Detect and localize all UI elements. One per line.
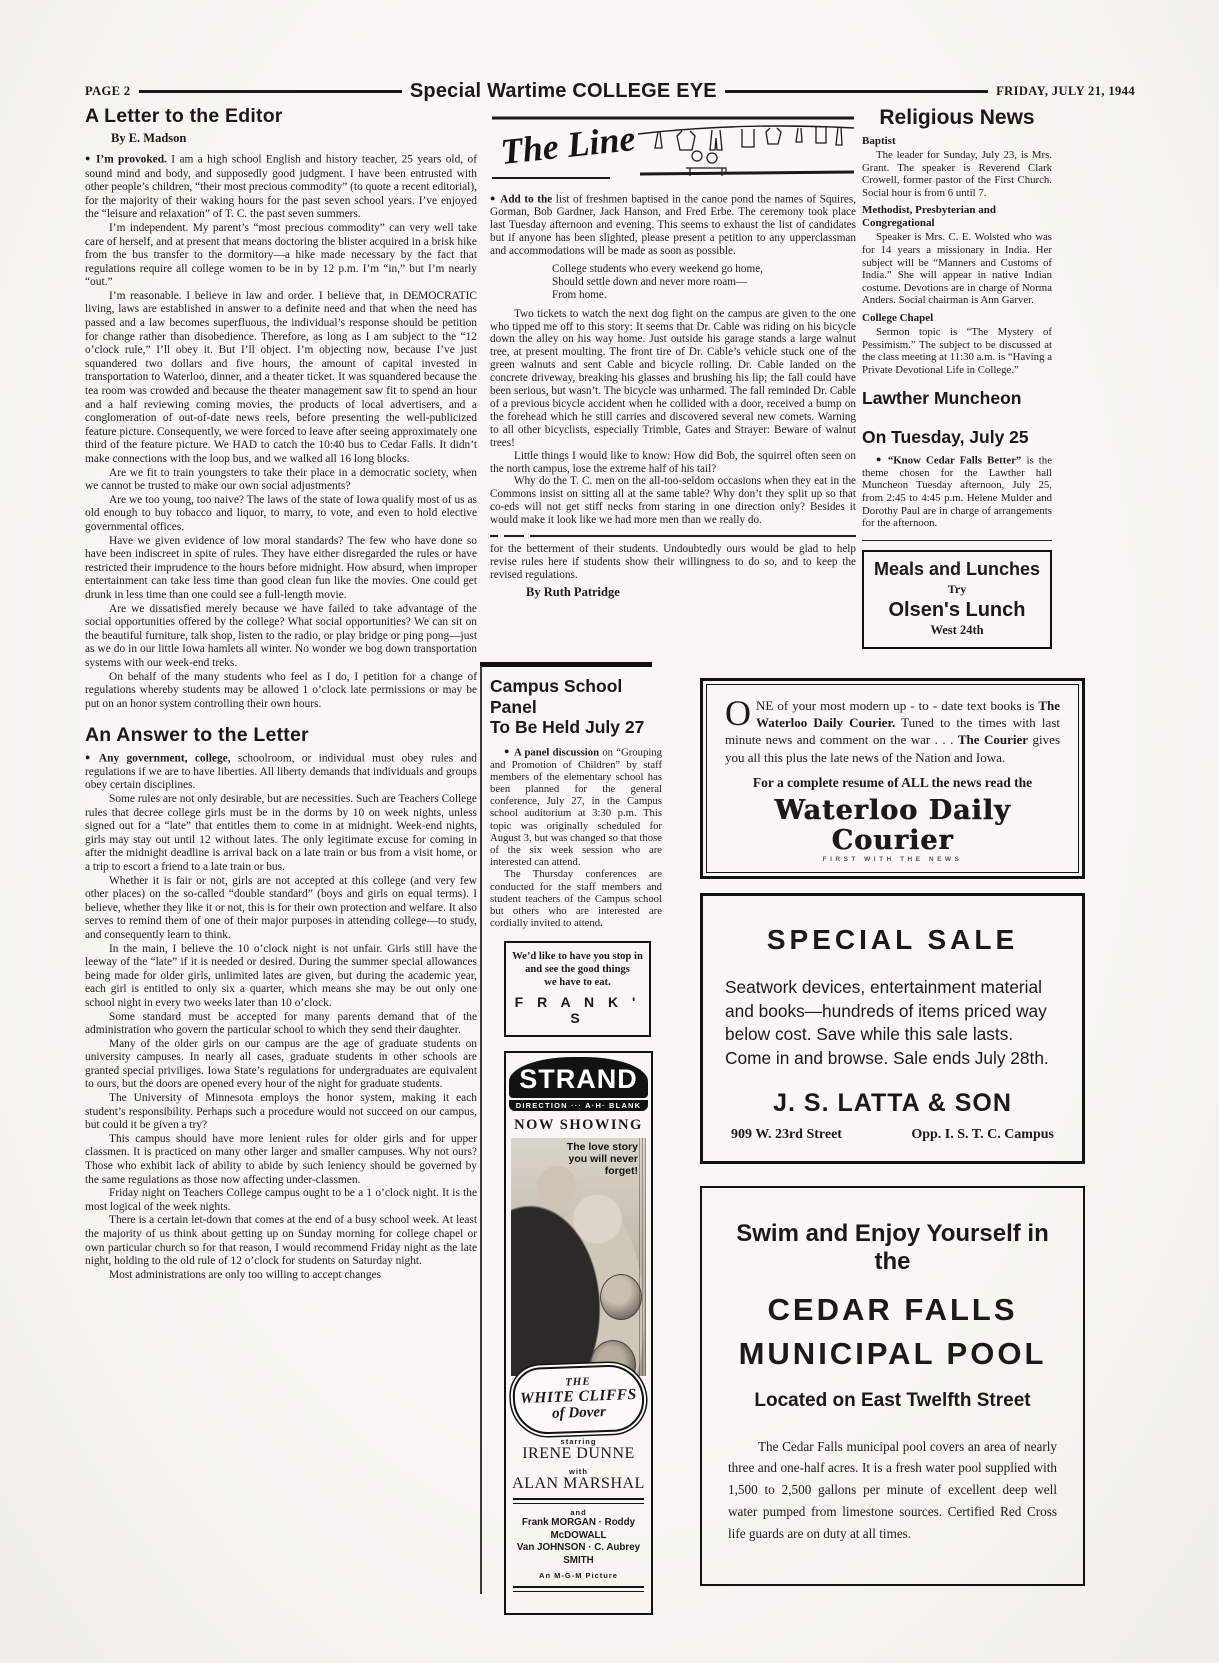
- strand-logo: STRAND: [509, 1057, 648, 1098]
- article-answer-title: An Answer to the Letter: [85, 725, 477, 746]
- article-byline: By Ruth Patridge: [526, 585, 856, 600]
- courier-ad-inner: ONE of your most modern up - to - date t…: [706, 684, 1079, 873]
- column-campus-panel: Campus School Panel To Be Held July 27 ●…: [490, 676, 662, 1615]
- campus-panel-title: Campus School Panel: [490, 676, 662, 717]
- pool-location: Located on East Twelfth Street: [728, 1390, 1057, 1412]
- verse-line: College students who every weekend go ho…: [552, 263, 856, 276]
- the-line-illustration: The Line: [490, 112, 856, 184]
- bullet-icon: ●: [490, 193, 496, 203]
- star-name: ALAN MARSHAL: [509, 1476, 648, 1493]
- movie-still-photo: The love story you will never forget!: [511, 1138, 646, 1376]
- continuation-paragraph: for the betterment of their students. Un…: [490, 543, 856, 582]
- paragraph: Most administrations are only too willin…: [85, 1269, 477, 1283]
- lead-phrase: “Know Cedar Falls Better”: [888, 454, 1021, 466]
- courier-ad-body: ONE of your most modern up - to - date t…: [725, 697, 1060, 766]
- header-rule-right: [725, 90, 988, 92]
- paragraph: ●Add to the list of freshmen baptised in…: [490, 192, 856, 258]
- lead-text: on “Grouping and Promotion of Children” …: [490, 746, 662, 868]
- thick-rule: [480, 662, 652, 667]
- lead-phrase: Add to the: [500, 194, 552, 206]
- bullet-icon: ●: [85, 153, 92, 163]
- decorative-stripes: [639, 1138, 646, 1376]
- latta-address-row: 909 W. 23rd Street Opp. I. S. T. C. Camp…: [725, 1127, 1060, 1143]
- franks-ad-text: We’d like to have you stop in: [511, 950, 644, 963]
- paragraph: Whether it is fair or not, girls are not…: [85, 875, 477, 943]
- page-number: PAGE 2: [85, 84, 131, 99]
- paragraph: Are we too young, too naive? The laws of…: [85, 494, 477, 535]
- waterloo-courier-ad: ONE of your most modern up - to - date t…: [700, 678, 1085, 879]
- latta-company-name: J. S. LATTA & SON: [725, 1089, 1060, 1118]
- pool-ad-kicker: Swim and Enjoy Yourself in the: [728, 1220, 1057, 1276]
- star-name: IRENE DUNNE: [509, 1446, 648, 1463]
- latta-campus-note: Opp. I. S. T. C. Campus: [911, 1127, 1054, 1143]
- latta-street-address: 909 W. 23rd Street: [731, 1127, 842, 1143]
- paragraph: The Thursday conferences are conducted f…: [490, 868, 662, 929]
- masthead-title: Special Wartime COLLEGE EYE: [410, 80, 717, 103]
- courier-bold: The Courier: [958, 732, 1028, 747]
- paragraph: Why do the T. C. men on the all-too-seld…: [490, 475, 856, 527]
- religious-news-title: Religious News: [862, 106, 1052, 130]
- paragraph: On behalf of the many students who feel …: [85, 671, 477, 712]
- studio-credit: An M-G-M Picture: [509, 1571, 648, 1580]
- movie-title-cloud: THE WHITE CLIFFS of Dover: [512, 1364, 645, 1435]
- bullet-icon: ●: [876, 454, 884, 464]
- column-the-line: The Line ●Add to the list of freshmen ba…: [490, 112, 856, 600]
- special-sale-title: SPECIAL SALE: [725, 924, 1060, 956]
- newspaper-page: PAGE 2 Special Wartime COLLEGE EYE FRIDA…: [0, 0, 1219, 1663]
- paragraph: I’m reasonable. I believe in law and ord…: [85, 290, 477, 467]
- bullet-icon: ●: [85, 752, 95, 762]
- latta-special-sale-ad: SPECIAL SALE Seatwork devices, entertain…: [700, 893, 1085, 1163]
- paragraph: ●“Know Cedar Falls Better” is the theme …: [862, 453, 1052, 530]
- movie-tagline: The love story you will never forget!: [560, 1141, 638, 1177]
- initial-cap-o: O: [725, 697, 756, 728]
- franks-ad: We’d like to have you stop in and see th…: [504, 941, 651, 1037]
- strand-direction-line: DIRECTION ··· A·H· BLANK: [509, 1100, 648, 1111]
- ads-column: ONE of your most modern up - to - date t…: [700, 678, 1085, 1586]
- paragraph: ●A panel discussion on “Grouping and Pro…: [490, 745, 662, 869]
- olsens-lunch-ad: Meals and Lunches Try Olsen's Lunch West…: [862, 550, 1052, 649]
- now-showing-label: NOW SHOWING: [509, 1117, 648, 1134]
- olsens-try-label: Try: [868, 582, 1046, 597]
- verse-line: Should settle down and never more roam—: [552, 276, 856, 289]
- cast-line: Van JOHNSON · C. Aubrey SMITH: [509, 1542, 648, 1567]
- franks-ad-name: F R A N K ' S: [511, 994, 644, 1026]
- special-sale-body: Seatwork devices, entertainment material…: [725, 976, 1060, 1070]
- article-letter-to-editor: A Letter to the Editor By E. Madson ●I’m…: [85, 106, 477, 1282]
- olsens-ad-title: Meals and Lunches: [868, 559, 1046, 580]
- paragraph: Some standard must be accepted for many …: [85, 1011, 477, 1038]
- paragraph: I’m independent. My parent’s “most preci…: [85, 222, 477, 290]
- paragraph: Many of the older girls on our campus ar…: [85, 1038, 477, 1092]
- paragraph: Friday night on Teachers College campus …: [85, 1187, 477, 1214]
- page-header: PAGE 2 Special Wartime COLLEGE EYE FRIDA…: [85, 80, 1135, 103]
- courier-logo: Waterloo Daily Courier: [725, 796, 1060, 855]
- paragraph: Two tickets to watch the next dog fight …: [490, 308, 856, 450]
- courier-text: NE of your most modern up - to - date te…: [756, 698, 1038, 713]
- courier-tagline: FIRST WITH THE NEWS: [725, 856, 1060, 863]
- pool-name-line1: CEDAR FALLS: [728, 1292, 1057, 1328]
- paragraph: The University of Minnesota employs the …: [85, 1092, 477, 1133]
- issue-date: FRIDAY, JULY 21, 1944: [996, 84, 1135, 99]
- lead-phrase: A panel discussion: [514, 746, 599, 758]
- double-rule: [513, 1586, 644, 1592]
- bullet-icon: ●: [504, 746, 510, 756]
- pool-name-line2: MUNICIPAL POOL: [728, 1336, 1057, 1372]
- lead-phrase: Any government, college,: [99, 752, 231, 764]
- column-rule: [480, 666, 482, 1594]
- and-label: and: [509, 1508, 648, 1517]
- paragraph: In the main, I believe the 10 o’clock ni…: [85, 943, 477, 1011]
- the-line-title: The Line: [499, 118, 637, 172]
- paragraph: Little things I would like to know: How …: [490, 450, 856, 476]
- article-byline: By E. Madson: [111, 131, 477, 146]
- strand-theater-ad: STRAND DIRECTION ··· A·H· BLANK NOW SHOW…: [504, 1051, 653, 1615]
- section-divider: [862, 540, 1052, 541]
- paragraph: Are we fit to train youngsters to take t…: [85, 467, 477, 494]
- section-heading: Baptist: [862, 135, 1052, 148]
- paragraph: Sermon topic is “The Mystery of Pessimis…: [862, 326, 1052, 376]
- section-divider: [490, 535, 856, 537]
- courier-cta: For a complete resume of ALL the news re…: [725, 775, 1060, 791]
- double-rule: [513, 1498, 644, 1504]
- paragraph: Some rules are not only desirable, but a…: [85, 793, 477, 875]
- pool-ad-body: The Cedar Falls municipal pool covers an…: [728, 1436, 1057, 1545]
- lawther-title-line2: On Tuesday, July 25: [862, 427, 1052, 448]
- olsens-name: Olsen's Lunch: [868, 599, 1046, 622]
- actor-inset-photo: [600, 1274, 642, 1320]
- paragraph: There is a certain let-down that comes a…: [85, 1214, 477, 1268]
- header-rule-left: [139, 90, 402, 92]
- lawther-title: Lawther Muncheon: [862, 388, 1052, 409]
- paragraph: Are we dissatisfied merely because we ha…: [85, 603, 477, 671]
- municipal-pool-ad: Swim and Enjoy Yourself in the CEDAR FAL…: [700, 1186, 1085, 1586]
- verse: College students who every weekend go ho…: [552, 263, 856, 303]
- article-title: A Letter to the Editor: [85, 106, 477, 127]
- paragraph: This campus should have more lenient rul…: [85, 1133, 477, 1187]
- section-heading: Methodist, Presbyterian and Congregation…: [862, 204, 1052, 230]
- paragraph: The leader for Sunday, July 23, is Mrs. …: [862, 149, 1052, 199]
- franks-ad-text: and see the good things: [511, 963, 644, 976]
- campus-panel-title-line2: To Be Held July 27: [490, 717, 662, 738]
- lead-phrase: I’m provoked.: [96, 154, 167, 166]
- column-religious-news: Religious News Baptist The leader for Su…: [862, 106, 1052, 649]
- paragraph: Have we given evidence of low moral stan…: [85, 535, 477, 603]
- verse-line: From home.: [552, 289, 856, 302]
- olsens-address: West 24th: [868, 623, 1046, 638]
- paragraph: ●I’m provoked. I am a high school Englis…: [85, 152, 477, 221]
- paragraph: Speaker is Mrs. C. E. Wolsted who was fo…: [862, 231, 1052, 307]
- franks-ad-text: we have to eat.: [511, 976, 644, 989]
- paragraph: ●Any government, college, schoolroom, or…: [85, 751, 477, 793]
- cast-line: Frank MORGAN · Roddy McDOWALL: [509, 1517, 648, 1542]
- section-heading: College Chapel: [862, 312, 1052, 325]
